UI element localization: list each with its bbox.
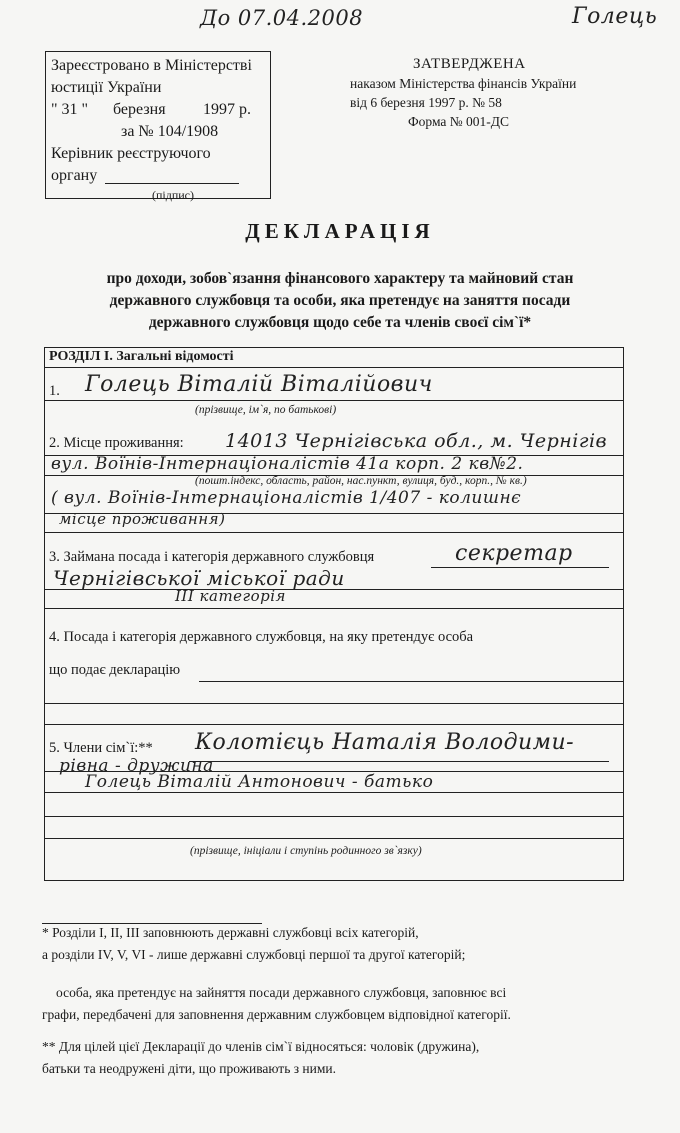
registration-date: " 31 "березня1997 р. (51, 99, 265, 121)
item-2-address-line-3: ( вул. Воїнів-Інтернаціоналістів 1/407 -… (51, 488, 521, 508)
approval-block: ЗАТВЕРДЖЕНА наказом Міністерства фінансі… (350, 55, 680, 131)
handwritten-date-note: До 07.04.2008 (200, 6, 363, 30)
subtitle-line-1: про доходи, зобов`язання фінансового хар… (0, 268, 680, 290)
footnote-1-line-1: * Розділи I, II, III заповнюють державні… (42, 922, 419, 944)
approval-line-1: наказом Міністерства фінансів України (350, 74, 680, 93)
row-divider (45, 589, 623, 590)
registration-number: за № 104/1908 (51, 121, 265, 143)
row-divider (45, 532, 623, 533)
registration-organ-label: органу (51, 167, 97, 184)
registration-organ-row: органу (51, 165, 265, 187)
item-2-label: 2. Місце проживання: (49, 435, 184, 452)
approval-line-2: від 6 березня 1997 р. № 58 (350, 93, 680, 112)
form-number: Форма № 001-ДС (350, 112, 680, 131)
row-divider (45, 792, 623, 793)
registration-line-1: Зареєстровано в Міністерстві (51, 55, 265, 77)
item-5-caption: (прізвище, ініціали і ступінь родинного … (190, 845, 422, 857)
row-divider (45, 400, 623, 401)
footnote-3-line-1: ** Для цілей цієї Декларації до членів с… (42, 1036, 479, 1058)
row-divider (45, 838, 623, 839)
subtitle-line-3: державного службовця щодо себе та членів… (0, 312, 680, 334)
registration-month: березня (113, 99, 203, 121)
row-divider (45, 608, 623, 609)
item-2-caption: (пошт.індекс, область, район, нас.пункт,… (195, 475, 527, 487)
item-4-label-line-2: що подає декларацію (49, 662, 180, 679)
footnote-3-line-2: батьки та неодружені діти, що проживають… (42, 1058, 336, 1080)
subtitle-line-2: державного службовця та особи, яка прете… (0, 290, 680, 312)
row-divider (45, 816, 623, 817)
approval-title: ЗАТВЕРДЖЕНА (350, 55, 680, 74)
registration-line-2: юстиції України (51, 77, 265, 99)
item-5-member-2: Голець Віталій Антонович - батько (85, 772, 433, 792)
footnote-2-line-1: особа, яка претендує на зайняття посади … (56, 982, 506, 1004)
item-5-fill-line (189, 761, 609, 762)
item-2-address-line-1: 14013 Чернігівська обл., м. Чернігів (225, 430, 607, 452)
item-3-label: 3. Займана посада і категорія державного… (49, 549, 374, 566)
footnote-2-line-2: графи, передбачені для заповнення держав… (42, 1004, 511, 1026)
item-5-member-1-line-1: Колотієць Наталія Володими- (195, 730, 574, 755)
item-4-label-line-1: 4. Посада і категорія державного службов… (49, 629, 473, 646)
item-1-number: 1. (49, 383, 60, 400)
row-divider (45, 724, 623, 725)
row-divider (45, 367, 623, 368)
item-3-fill-line (431, 567, 609, 568)
row-divider (45, 703, 623, 704)
registration-head-label: Керівник реєструючого (51, 143, 265, 165)
document-title: ДЕКЛАРАЦІЯ (0, 219, 680, 244)
item-4-fill-line (199, 681, 623, 682)
item-5-label: 5. Члени сім`ї:** (49, 740, 153, 757)
section-general-info: РОЗДІЛ I. Загальні відомості 1. Голець В… (44, 347, 624, 881)
registration-day: " 31 " (51, 99, 113, 121)
item-2-address-line-4: місце проживання) (59, 510, 225, 528)
item-1-full-name: Голець Віталій Віталійович (85, 372, 433, 397)
item-1-caption: (прізвище, ім`я, по батькові) (195, 404, 336, 416)
item-3-category: III категорія (175, 587, 286, 605)
section-heading: РОЗДІЛ I. Загальні відомості (49, 349, 234, 365)
signature-line (105, 169, 239, 184)
footnote-1-line-2: а розділи IV, V, VI - лише державні служ… (42, 944, 465, 966)
registration-box: Зареєстровано в Міністерстві юстиції Укр… (45, 51, 271, 199)
handwritten-signature: Голець (572, 4, 657, 29)
signature-caption: (підпис) (51, 187, 265, 203)
item-2-address-line-2: вул. Воїнів-Інтернаціоналістів 41а корп.… (51, 454, 523, 474)
document-subtitle: про доходи, зобов`язання фінансового хар… (0, 268, 680, 334)
item-3-position: секретар (455, 541, 573, 566)
registration-year: 1997 р. (203, 99, 251, 121)
